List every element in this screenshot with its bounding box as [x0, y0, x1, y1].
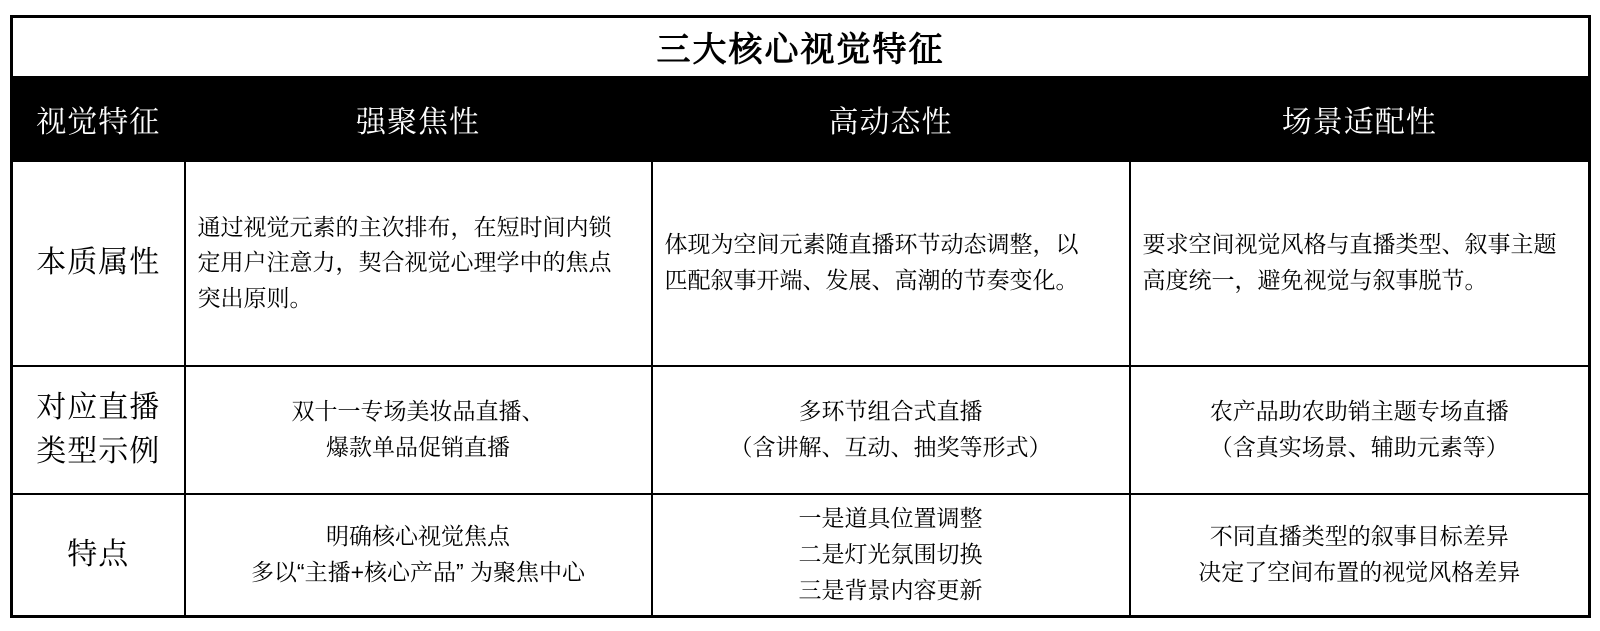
row-label-characteristics: 特点 [12, 494, 185, 617]
cell-examples-strong-focus: 双十一专场美妆品直播、 爆款单品促销直播 [185, 366, 652, 494]
cell-essence-high-dynamics: 体现为空间元素随直播环节动态调整，以 匹配叙事开端、发展、高潮的节奏变化。 [652, 161, 1130, 366]
page-canvas: 三大核心视觉特征 视觉特征 强聚焦性 高动态性 场景适配性 本质属性 通过视觉元… [0, 0, 1600, 631]
cell-characteristics-strong-focus: 明确核心视觉焦点 多以“主播+核心产品” 为聚焦中心 [185, 494, 652, 617]
table-row-characteristics: 特点 明确核心视觉焦点 多以“主播+核心产品” 为聚焦中心 一是道具位置调整 二… [12, 494, 1590, 617]
cell-essence-strong-focus: 通过视觉元素的主次排布，在短时间内锁 定用户注意力，契合视觉心理学中的焦点 突出… [185, 161, 652, 366]
core-visual-features-table: 三大核心视觉特征 视觉特征 强聚焦性 高动态性 场景适配性 本质属性 通过视觉元… [10, 15, 1591, 618]
cell-essence-scene-adaptability: 要求空间视觉风格与直播类型、叙事主题 高度统一，避免视觉与叙事脱节。 [1130, 161, 1590, 366]
cell-examples-scene-adaptability: 农产品助农助销主题专场直播 （含真实场景、辅助元素等） [1130, 366, 1590, 494]
table-row-essential-attribute: 本质属性 通过视觉元素的主次排布，在短时间内锁 定用户注意力，契合视觉心理学中的… [12, 161, 1590, 366]
table-header-row: 视觉特征 强聚焦性 高动态性 场景适配性 [12, 77, 1590, 161]
cell-characteristics-high-dynamics: 一是道具位置调整 二是灯光氛围切换 三是背景内容更新 [652, 494, 1130, 617]
header-cell-high-dynamics: 高动态性 [652, 77, 1130, 161]
header-cell-strong-focus: 强聚焦性 [185, 77, 652, 161]
cell-examples-high-dynamics: 多环节组合式直播 （含讲解、互动、抽奖等形式） [652, 366, 1130, 494]
table-row-live-type-examples: 对应直播 类型示例 双十一专场美妆品直播、 爆款单品促销直播 多环节组合式直播 … [12, 366, 1590, 494]
cell-characteristics-scene-adaptability: 不同直播类型的叙事目标差异 决定了空间布置的视觉风格差异 [1130, 494, 1590, 617]
table-title-row: 三大核心视觉特征 [12, 17, 1590, 77]
row-label-live-type-examples: 对应直播 类型示例 [12, 366, 185, 494]
table-title: 三大核心视觉特征 [12, 17, 1590, 77]
header-cell-scene-adaptability: 场景适配性 [1130, 77, 1590, 161]
row-label-essential-attribute: 本质属性 [12, 161, 185, 366]
header-cell-visual-feature: 视觉特征 [12, 77, 185, 161]
